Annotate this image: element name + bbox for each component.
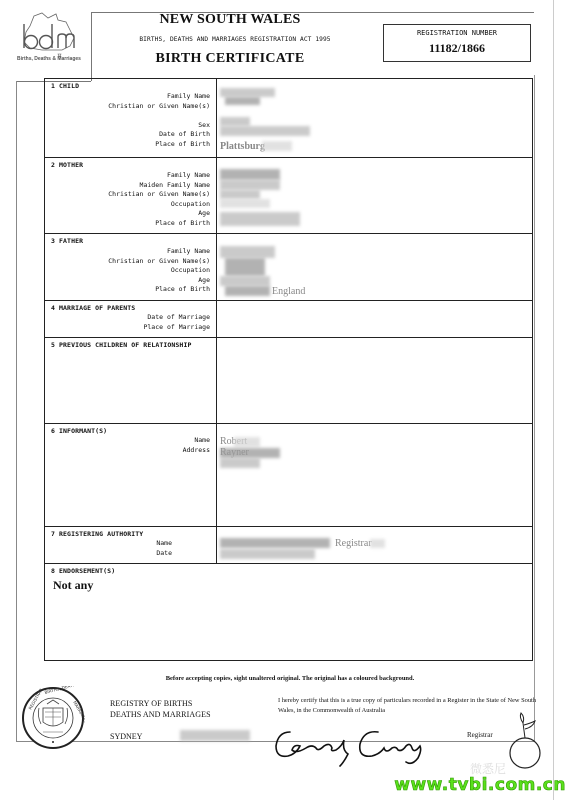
- field-labels: Name Address: [183, 436, 210, 455]
- certificate-table: 1 CHILD Family Name Christian or Given N…: [44, 78, 533, 661]
- state-heading: NEW SOUTH WALES: [100, 12, 360, 28]
- certification-statement: I hereby certify that this is a true cop…: [278, 696, 538, 716]
- scan-edge: [553, 0, 554, 800]
- section-previous-children: 5 PREVIOUS CHILDREN OF RELATIONSHIP: [45, 338, 532, 424]
- father-place-of-birth: England: [272, 286, 305, 297]
- field-label: Christian or Given Name(s): [108, 257, 210, 267]
- field-labels: Family Name Christian or Given Name(s) O…: [108, 247, 210, 295]
- field-label: Place of Birth: [108, 140, 210, 150]
- page-frame-right: [534, 75, 535, 741]
- field-label: Age: [108, 276, 210, 286]
- field-label: Maiden Family Name: [108, 181, 210, 191]
- field-label: Place of Birth: [108, 285, 210, 295]
- field-label: Christian or Given Name(s): [108, 102, 210, 112]
- registry-name: REGISTRY OF BIRTHS DEATHS AND MARRIAGES: [110, 698, 211, 720]
- signatory-title: Registrar: [467, 731, 493, 739]
- field-label: Family Name: [108, 247, 210, 257]
- endorsement-value: Not any: [53, 578, 93, 593]
- column-divider: [216, 234, 217, 300]
- field-label: Date of Marriage: [143, 313, 210, 323]
- field-label: Name: [156, 539, 172, 549]
- page-frame-left: [16, 81, 17, 741]
- column-divider: [216, 338, 217, 423]
- section-child: 1 CHILD Family Name Christian or Given N…: [45, 79, 532, 158]
- page-frame-divider: [91, 12, 92, 81]
- watermark-url: www.tvbi.com.cn: [360, 775, 566, 795]
- registry-seal-icon: REGISTRAR BIRTHS, DEATHS MARRIAGES: [21, 686, 85, 750]
- section-title: 8 ENDORSEMENT(S): [51, 567, 115, 575]
- section-title: 3 FATHER: [51, 237, 83, 245]
- column-divider: [216, 424, 217, 526]
- field-label: Occupation: [108, 266, 210, 276]
- field-label: Christian or Given Name(s): [108, 190, 210, 200]
- section-title: 4 MARRIAGE OF PARENTS: [51, 304, 135, 312]
- logo-caption: Births, Deaths & Marriages: [14, 56, 84, 62]
- field-label: Sex: [108, 121, 210, 131]
- section-marriage: 4 MARRIAGE OF PARENTS Date of Marriage P…: [45, 301, 532, 338]
- section-title: 5 PREVIOUS CHILDREN OF RELATIONSHIP: [51, 341, 191, 349]
- column-divider: [216, 158, 217, 233]
- child-place-of-birth: Plattsburg: [220, 141, 265, 152]
- registrar-signature-icon: [272, 718, 432, 768]
- section-title: 2 MOTHER: [51, 161, 83, 169]
- authenticity-warning: Before accepting copies, sight unaltered…: [130, 675, 450, 682]
- field-label: Family Name: [108, 92, 210, 102]
- field-label: Date: [156, 549, 172, 559]
- field-label: Place of Marriage: [143, 323, 210, 333]
- section-endorsements: 8 ENDORSEMENT(S) Not any: [45, 564, 532, 662]
- field-label: Family Name: [108, 171, 210, 181]
- field-labels: Name Date: [156, 539, 172, 558]
- field-label: Name: [183, 436, 210, 446]
- act-heading: BIRTHS, DEATHS AND MARRIAGES REGISTRATIO…: [100, 36, 370, 43]
- section-title: 6 INFORMANT(S): [51, 427, 107, 435]
- field-label: Occupation: [108, 200, 210, 210]
- field-labels: Family Name Christian or Given Name(s) S…: [108, 92, 210, 150]
- registry-city: SYDNEY: [110, 732, 142, 741]
- section-title: 1 CHILD: [51, 82, 79, 90]
- column-divider: [216, 301, 217, 337]
- hand-drawn-stamp-icon: [503, 709, 545, 771]
- field-labels: Family Name Maiden Family Name Christian…: [108, 171, 210, 229]
- registration-label: REGISTRATION NUMBER: [384, 29, 530, 37]
- column-divider: [216, 527, 217, 563]
- field-label: Age: [108, 209, 210, 219]
- registration-number: 11182/1866: [384, 41, 530, 56]
- section-informant: 6 INFORMANT(S) Name Address Robert Rayne…: [45, 424, 532, 527]
- section-father: 3 FATHER Family Name Christian or Given …: [45, 234, 532, 301]
- field-label: Place of Birth: [108, 219, 210, 229]
- section-mother: 2 MOTHER Family Name Maiden Family Name …: [45, 158, 532, 234]
- field-label: Address: [183, 446, 210, 456]
- document-title: BIRTH CERTIFICATE: [100, 51, 360, 67]
- registration-box: REGISTRATION NUMBER 11182/1866: [383, 24, 531, 62]
- redacted-date: [180, 730, 250, 741]
- section-registering-authority: 7 REGISTERING AUTHORITY Name Date Regist…: [45, 527, 532, 564]
- column-divider: [216, 79, 217, 157]
- section-title: 7 REGISTERING AUTHORITY: [51, 530, 143, 538]
- registering-authority-title: Registrar: [335, 538, 372, 549]
- field-label: Date of Birth: [108, 130, 210, 140]
- field-labels: Date of Marriage Place of Marriage: [143, 313, 210, 332]
